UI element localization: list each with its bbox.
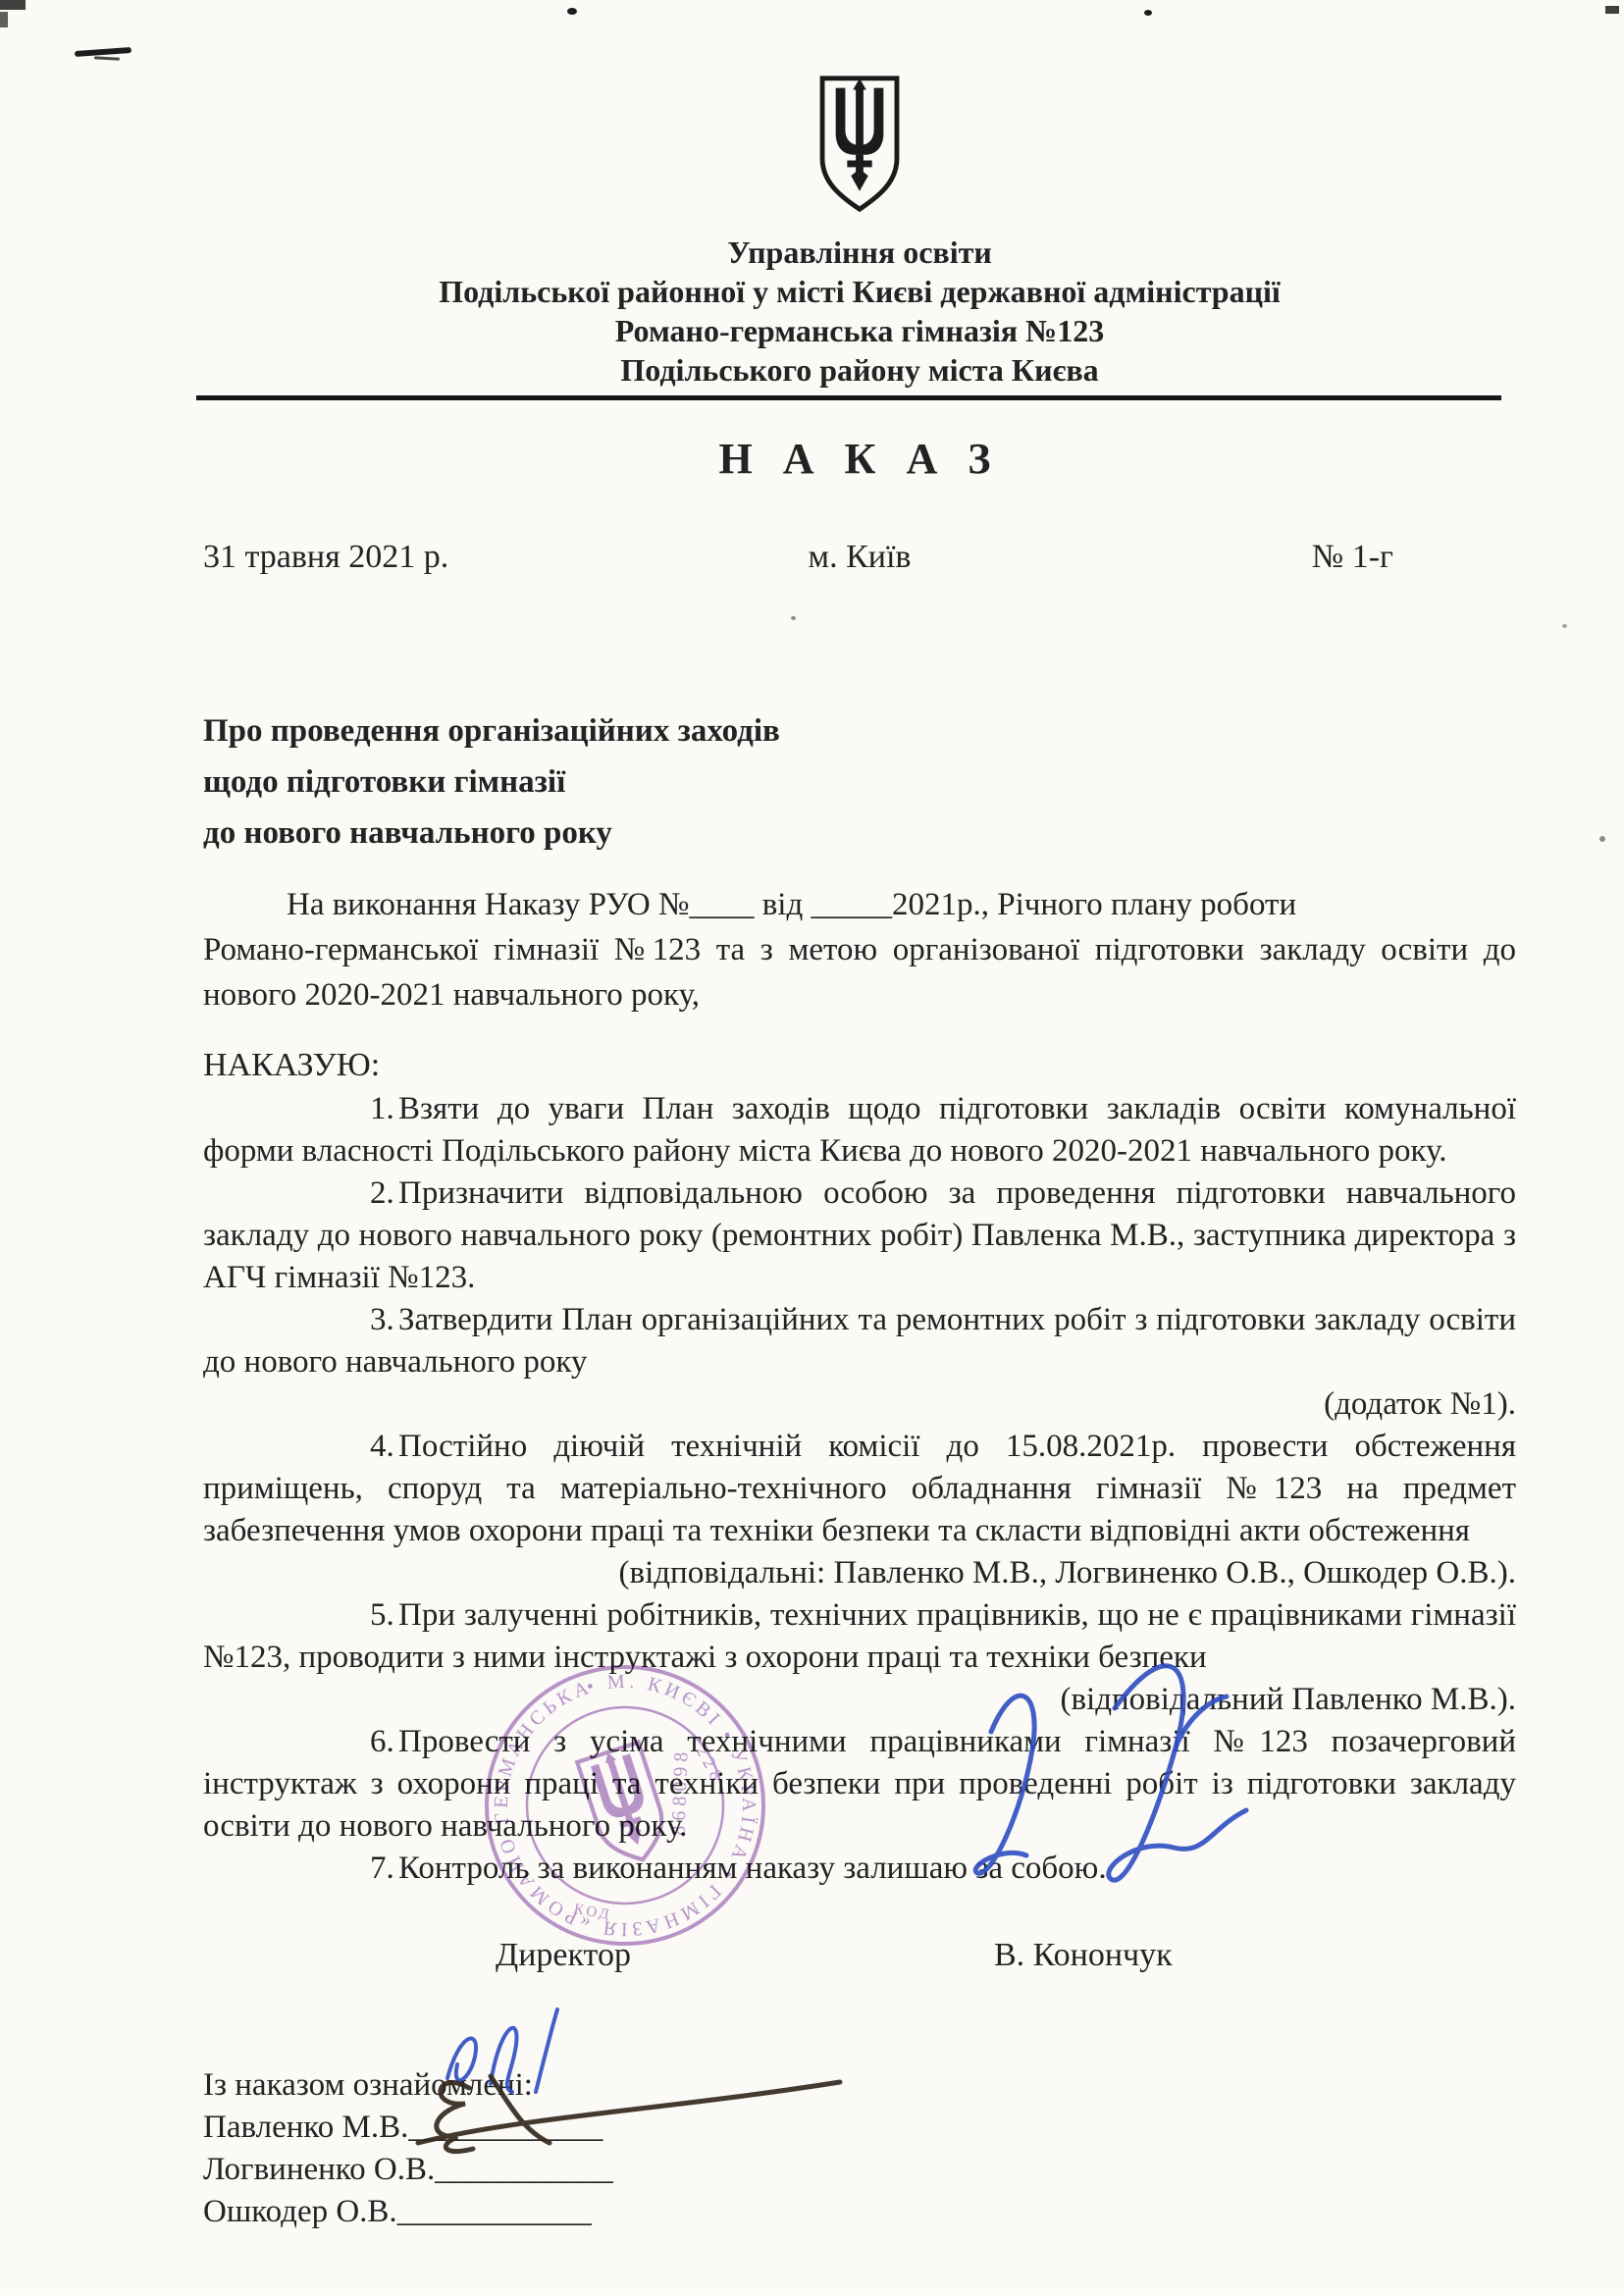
ack-heading: Із наказом ознайомлені: bbox=[203, 2064, 1516, 2107]
document-content: Управління освіти Подільської районної у… bbox=[203, 0, 1516, 2233]
emblem-container bbox=[203, 73, 1516, 221]
order-item-7: 7.Контроль за виконанням наказу залишаю … bbox=[203, 1848, 1516, 1890]
subject-block: Про проведення організаційних заходів що… bbox=[203, 705, 1516, 859]
item-number: 3. bbox=[287, 1299, 398, 1341]
preamble-line-1: На виконання Наказу РУО №____ від _____2… bbox=[203, 882, 1516, 927]
item-number: 6. bbox=[287, 1721, 398, 1763]
scan-artifact bbox=[1562, 624, 1567, 628]
order-item-4: 4.Постійно діючій технічній комісії до 1… bbox=[203, 1426, 1516, 1552]
scan-artifact bbox=[1605, 6, 1619, 14]
org-line-1: Управління освіти bbox=[203, 233, 1516, 272]
item-text: Призначити відповідальною особою за пров… bbox=[203, 1175, 1516, 1295]
item-text: Затвердити План організаційних та ремонт… bbox=[203, 1302, 1516, 1380]
dateline: 31 травня 2021 р. м. Київ № 1-г bbox=[203, 539, 1516, 586]
scan-artifact bbox=[791, 616, 796, 620]
preamble-rest: Романо-германської гімназії №123 та з ме… bbox=[203, 927, 1516, 1017]
scan-artifact bbox=[94, 56, 120, 60]
scan-artifact bbox=[0, 12, 8, 27]
item-text: Взяти до уваги План заходів щодо підгото… bbox=[203, 1091, 1516, 1169]
order-item-3: 3.Затвердити План організаційних та ремо… bbox=[203, 1299, 1516, 1383]
subject-line-3: до нового навчального року bbox=[203, 808, 1516, 859]
scan-artifact bbox=[1144, 10, 1152, 16]
signature-row: Директор В. Конончук bbox=[203, 1937, 1516, 1984]
director-name: В. Конончук bbox=[994, 1937, 1173, 1974]
order-number: № 1-г bbox=[1312, 539, 1393, 576]
header-divider bbox=[196, 395, 1501, 400]
subject-line-2: щодо підготовки гімназії bbox=[203, 756, 1516, 808]
scanned-order-document: { "doc": { "header": { "emblem": "ukrain… bbox=[0, 0, 1624, 2295]
order-item-5: 5.При залученні робітників, технічних пр… bbox=[203, 1594, 1516, 1679]
order-city: м. Київ bbox=[809, 539, 912, 576]
item-number: 4. bbox=[287, 1426, 398, 1468]
scan-artifact bbox=[567, 8, 577, 15]
order-item-6: 6.Провести з усіма технічними працівника… bbox=[203, 1721, 1516, 1848]
order-item-2: 2.Призначити відповідальною особою за пр… bbox=[203, 1173, 1516, 1299]
subject-line-1: Про проведення організаційних заходів bbox=[203, 705, 1516, 756]
decree-word: НАКАЗУЮ: bbox=[203, 1043, 1516, 1088]
order-item-1: 1.Взяти до уваги План заходів щодо підго… bbox=[203, 1088, 1516, 1173]
scan-artifact bbox=[0, 0, 26, 10]
ack-blank-line: ____________ bbox=[397, 2194, 592, 2229]
ack-row-oshkoder: Ошкодер О.В.____________ bbox=[203, 2191, 1516, 2233]
scan-artifact bbox=[75, 47, 131, 57]
preamble: На виконання Наказу РУО №____ від _____2… bbox=[203, 882, 1516, 1017]
item-3-note: (додаток №1). bbox=[203, 1383, 1516, 1426]
item-number: 7. bbox=[287, 1848, 398, 1890]
header-org-block: Управління освіти Подільської районної у… bbox=[203, 233, 1516, 390]
item-number: 5. bbox=[287, 1594, 398, 1637]
scan-artifact bbox=[1599, 836, 1605, 842]
director-role-label: Директор bbox=[496, 1937, 631, 1974]
item-text: Провести з усіма технічними працівниками… bbox=[203, 1724, 1516, 1844]
ack-name: Логвиненко О.В. bbox=[203, 2152, 435, 2187]
ack-row-logvynenko: Логвиненко О.В.___________ bbox=[203, 2149, 1516, 2191]
item-text: Постійно діючій технічній комісії до 15.… bbox=[203, 1429, 1516, 1548]
item-4-note: (відповідальні: Павленко М.В., Логвиненк… bbox=[203, 1552, 1516, 1594]
tryzub-emblem-icon bbox=[807, 73, 913, 216]
acknowledgement-block: Із наказом ознайомлені: Павленко М.В.___… bbox=[203, 2064, 1516, 2233]
ack-row-pavlenko: Павленко М.В.____________ bbox=[203, 2107, 1516, 2149]
item-5-note: (відповідальний Павленко М.В.). bbox=[203, 1679, 1516, 1721]
ack-blank-line: ____________ bbox=[408, 2110, 602, 2145]
item-text: Контроль за виконанням наказу залишаю за… bbox=[398, 1851, 1107, 1886]
ack-name: Ошкодер О.В. bbox=[203, 2194, 397, 2229]
order-title: Н А К А З bbox=[203, 434, 1516, 484]
item-number: 2. bbox=[287, 1173, 398, 1215]
order-date: 31 травня 2021 р. bbox=[203, 539, 448, 576]
order-items: 1.Взяти до уваги План заходів щодо підго… bbox=[203, 1088, 1516, 1890]
org-line-3: Романо-германська гімназія №123 bbox=[203, 311, 1516, 350]
org-line-4: Подільського району міста Києва bbox=[203, 350, 1516, 390]
org-line-2: Подільської районної у місті Києві держа… bbox=[203, 272, 1516, 311]
ack-blank-line: ___________ bbox=[435, 2152, 613, 2187]
item-number: 1. bbox=[287, 1088, 398, 1130]
ack-name: Павленко М.В. bbox=[203, 2110, 408, 2145]
item-text: При залученні робітників, технічних прац… bbox=[203, 1597, 1516, 1675]
